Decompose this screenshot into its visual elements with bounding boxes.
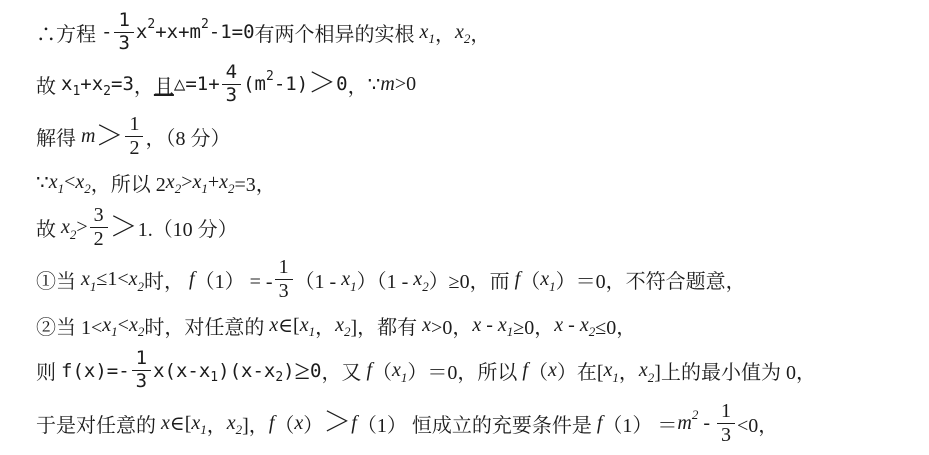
- math-text: =3，: [235, 168, 276, 197]
- math-text: 2: [266, 69, 274, 84]
- math-line-line-fx-min: 则 f(x)=-13x(x-x1)(x-x2)≥0，又 f（x1）＝0，所以 f…: [36, 345, 919, 397]
- math-text: 2: [236, 422, 243, 438]
- math-text: >: [181, 171, 192, 194]
- math-text: 2: [344, 324, 351, 340]
- fraction: 13: [717, 401, 735, 446]
- math-text: x: [413, 268, 422, 291]
- math-line-line-conclusion: 于是对任意的 x∈[x1，x2]，f（x）＞f（1） 恒成立的充要条件是 f（1…: [36, 397, 919, 449]
- math-text: ）＝0，不符合题意，: [556, 265, 746, 294]
- math-text: 1: [549, 279, 556, 295]
- math-text: 1.（10 分）: [138, 213, 238, 242]
- fraction-denominator: 2: [94, 228, 104, 250]
- math-text: ，（8 分）: [145, 122, 230, 151]
- math-text: 0: [336, 73, 347, 95]
- fraction-denominator: 3: [136, 371, 147, 392]
- math-text: ]上的最小值为 0，: [654, 356, 816, 385]
- math-text: （1 -: [295, 265, 342, 294]
- fraction-numerator: 1: [275, 257, 293, 280]
- math-text: >0: [395, 73, 416, 96]
- math-text: ，: [435, 18, 455, 47]
- math-text: 2: [422, 279, 429, 295]
- math-text: 0: [310, 360, 321, 382]
- math-text: ＞: [110, 214, 138, 242]
- math-text: x(x-x: [153, 360, 210, 382]
- math-text: f(x)=-: [61, 360, 130, 382]
- math-text: +x: [80, 73, 103, 95]
- document-body: ∴方程 -13x2+x+m2-1=0有两个相异的实根 x1，x2，故 x1+x2…: [36, 6, 919, 449]
- math-text: ＞: [308, 70, 336, 98]
- math-text: 2: [175, 181, 182, 197]
- math-line-line-case-2: ②当 1<x1<x2时，对任意的 x∈[x1，x2]，都有 x>0，x - x1…: [36, 306, 919, 344]
- math-text: 1: [210, 370, 218, 385]
- math-text: 2: [138, 279, 145, 295]
- fraction: 32: [90, 205, 108, 250]
- math-text: （: [528, 356, 548, 385]
- math-text: <: [64, 171, 75, 194]
- math-text: 且: [154, 70, 174, 99]
- math-text: 2: [138, 324, 145, 340]
- math-text: ，: [207, 409, 227, 438]
- math-line-line-x2-greater: 故 x2>32＞1.（10 分）: [36, 202, 919, 254]
- math-text: x: [540, 268, 549, 291]
- math-text: 1: [309, 324, 316, 340]
- math-text: >: [76, 216, 87, 239]
- math-text: 2: [692, 407, 699, 423]
- math-text: m: [380, 73, 394, 96]
- math-text: x: [166, 171, 175, 194]
- math-text: ，: [315, 311, 335, 340]
- math-text: =3: [111, 73, 134, 95]
- math-text: ≤0，: [595, 311, 636, 340]
- math-text: ∵: [368, 72, 381, 97]
- math-text: ＞: [323, 409, 351, 437]
- math-text: 1: [612, 370, 619, 386]
- math-text: （1） 恒成立的充要条件是: [357, 409, 597, 438]
- math-text: 2: [84, 181, 91, 197]
- math-text: ，又: [321, 356, 366, 385]
- math-text: ，: [470, 18, 490, 47]
- math-text: x: [335, 314, 344, 337]
- math-text: x: [81, 268, 90, 291]
- math-text: 时，: [144, 265, 189, 294]
- math-text: 有两个相异的实根: [255, 18, 420, 47]
- math-text: <0，: [737, 409, 778, 438]
- math-text: 则: [36, 356, 61, 385]
- math-text: ≤1<: [96, 268, 128, 291]
- math-text: x: [136, 21, 147, 43]
- math-text: x: [498, 314, 507, 337]
- math-text: x: [554, 314, 563, 337]
- math-text: x: [392, 359, 401, 382]
- math-text: （: [520, 265, 540, 294]
- math-text: ]，: [242, 409, 269, 438]
- math-text: x: [129, 314, 138, 337]
- math-line-line-vieta-discriminant: 故 x1+x2=3，且△=1+43(m2-1)＞0，∵m>0: [36, 58, 919, 110]
- math-text: ∈[: [278, 313, 299, 338]
- math-text: m: [81, 125, 95, 148]
- math-text: 2: [275, 370, 283, 385]
- math-text: x: [61, 73, 72, 95]
- math-text: （: [372, 356, 392, 385]
- math-text: （1） ＝: [602, 409, 677, 438]
- math-text: ，: [619, 356, 639, 385]
- math-line-line-x1-less-x2: ∵x1<x2，所以 2x2>x1+x2=3，: [36, 163, 919, 201]
- math-text: ∵: [36, 170, 49, 195]
- math-text: x: [580, 314, 589, 337]
- fraction: 13: [114, 11, 133, 54]
- fraction: 43: [222, 63, 241, 106]
- math-line-line-case-1: ①当 x1≤1<x2时， f（1） = -13（1 - x1）（1 - x2）≥…: [36, 254, 919, 306]
- math-text: 2: [648, 370, 655, 386]
- math-text: x: [75, 171, 84, 194]
- math-text: x: [341, 268, 350, 291]
- math-text: 于是对任意的: [36, 409, 161, 438]
- fraction: 12: [125, 114, 143, 159]
- math-text: x: [604, 359, 613, 382]
- math-text: ＞: [95, 123, 123, 151]
- math-text: <: [118, 314, 129, 337]
- math-text: -1): [274, 73, 308, 95]
- math-text: x: [161, 412, 170, 435]
- math-text: △=1+: [174, 73, 220, 95]
- math-solution-document: ∴方程 -13x2+x+m2-1=0有两个相异的实根 x1，x2，故 x1+x2…: [0, 0, 929, 455]
- math-text: m: [677, 412, 691, 435]
- math-text: -1=0: [209, 21, 255, 43]
- math-text: （: [274, 409, 294, 438]
- math-text: +: [208, 171, 219, 194]
- math-text: 1: [90, 279, 97, 295]
- math-text: +x+m: [155, 21, 201, 43]
- math-text: x: [61, 216, 70, 239]
- fraction: 13: [132, 349, 151, 392]
- math-text: 2: [201, 17, 209, 32]
- math-text: ）: [303, 409, 323, 438]
- fraction-numerator: 1: [114, 11, 133, 33]
- fraction-numerator: 1: [132, 349, 151, 371]
- math-text: 故: [36, 70, 61, 99]
- math-line-line-equation-roots: ∴方程 -13x2+x+m2-1=0有两个相异的实根 x1，x2，: [36, 6, 919, 58]
- math-text: x: [192, 171, 201, 194]
- math-text: -: [563, 314, 580, 337]
- fraction-denominator: 3: [118, 33, 129, 54]
- math-text: 1: [350, 279, 357, 295]
- math-text: )(x-x: [218, 360, 275, 382]
- math-text: ]，都有: [350, 311, 422, 340]
- fraction-numerator: 1: [717, 401, 735, 424]
- math-text: 故: [36, 213, 61, 242]
- math-text: 2: [464, 31, 471, 47]
- math-text: ，: [348, 70, 368, 99]
- math-text: ≥0，: [513, 311, 554, 340]
- math-text: 2: [103, 84, 111, 99]
- fraction-numerator: 1: [125, 114, 143, 137]
- math-text: 1: [507, 324, 514, 340]
- math-text: 1: [111, 324, 118, 340]
- math-text: ，所以 2: [91, 168, 166, 197]
- fraction-denominator: 2: [129, 137, 139, 159]
- math-text: x: [269, 314, 278, 337]
- math-text: 时，对任意的: [144, 311, 269, 340]
- math-text: x: [227, 412, 236, 435]
- math-text: (m: [243, 73, 266, 95]
- math-text: ): [283, 360, 294, 382]
- math-text: ）≥0，而: [429, 265, 515, 294]
- math-text: x: [300, 314, 309, 337]
- math-text: -: [481, 314, 498, 337]
- math-text: ≥: [295, 357, 310, 385]
- math-text: ∈[: [170, 411, 191, 436]
- math-text: （1） = -: [195, 265, 273, 294]
- math-line-line-solve-m: 解得 m＞12，（8 分）: [36, 111, 919, 163]
- math-text: ，: [134, 70, 154, 99]
- math-text: ②当 1<: [36, 311, 102, 340]
- math-text: x: [422, 314, 431, 337]
- math-text: x: [548, 359, 557, 382]
- math-text: x: [129, 268, 138, 291]
- math-text: x: [191, 412, 200, 435]
- math-text: x: [420, 21, 429, 44]
- math-text: x: [294, 412, 303, 435]
- math-text: 1: [428, 31, 435, 47]
- math-text: 2: [147, 17, 155, 32]
- fraction-numerator: 3: [90, 205, 108, 228]
- math-text: x: [455, 21, 464, 44]
- math-text: -: [101, 21, 112, 43]
- math-text: 2: [589, 324, 596, 340]
- math-text: ）在[: [557, 356, 604, 385]
- math-text: ∴方程: [36, 18, 101, 47]
- math-text: x: [639, 359, 648, 382]
- fraction-denominator: 3: [226, 85, 237, 106]
- math-text: 1: [200, 422, 207, 438]
- fraction-denominator: 3: [279, 280, 289, 302]
- math-text: ）（1 -: [357, 265, 414, 294]
- fraction-numerator: 4: [222, 63, 241, 85]
- math-text: ）＝0，所以: [407, 356, 522, 385]
- math-text: x: [102, 314, 111, 337]
- math-text: 1: [72, 84, 80, 99]
- math-text: 1: [58, 181, 65, 197]
- fraction: 13: [275, 257, 293, 302]
- math-text: 1: [201, 181, 208, 197]
- math-text: x: [49, 171, 58, 194]
- math-text: 1: [401, 370, 408, 386]
- math-text: 2: [228, 181, 235, 197]
- math-text: ①当: [36, 265, 81, 294]
- math-text: -: [698, 412, 715, 435]
- math-text: x: [472, 314, 481, 337]
- fraction-denominator: 3: [721, 424, 731, 446]
- math-text: x: [219, 171, 228, 194]
- math-text: 解得: [36, 122, 81, 151]
- math-text: >0，: [431, 311, 472, 340]
- math-text: 2: [70, 227, 77, 243]
